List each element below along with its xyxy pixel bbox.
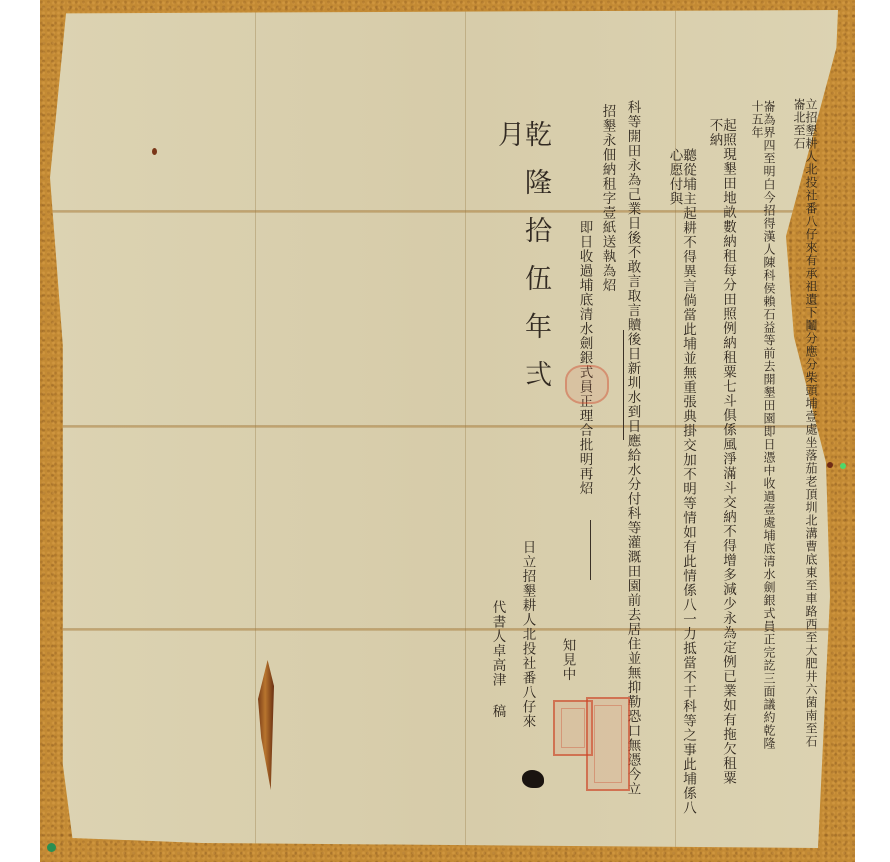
body-column-6: 招墾永佃納租字壹紙送執為炤: [600, 104, 614, 334]
body-column-4: 聽從埔主起耕不得異言倘當此埔並無重張典掛交加不明等情如有此情係八一力抵當不干科等…: [667, 148, 694, 828]
red-seal-center: [565, 365, 609, 404]
body-column-3: 起照現墾田地畝數納租每分田照例納租粟七斗俱係風淨滿斗交納不得增多減少永為定例已業…: [707, 118, 734, 788]
date-line: 乾隆拾伍年弍月: [495, 120, 549, 420]
stain-spot: [827, 462, 833, 468]
closing-stroke: [623, 330, 624, 440]
stain-spot: [152, 148, 157, 155]
fold-crease: [465, 10, 466, 848]
grantor-signature: 日立招墾耕人北投社番八仔來: [520, 540, 534, 770]
green-pushpin: [840, 463, 846, 469]
closing-stroke: [590, 520, 591, 580]
body-column-2: 崙為界四至明白今招得漢人陳科侯賴石益等前去開墾田園即日憑中收過壹處埔底清水劍銀式…: [751, 100, 775, 760]
witness-label: 知見中: [560, 638, 574, 708]
green-pushpin: [47, 843, 56, 852]
fold-crease: [255, 10, 256, 848]
fingerprint-mark: [522, 770, 544, 788]
scribe-signature: 代書人卓高津 稿: [490, 600, 504, 780]
red-seal-right: [586, 697, 630, 791]
image-canvas: 立招墾耕人北投社番八仔來有承祖遺下鬮分應分柴頭埔壹處坐落茄老頂圳北溝曹底東至車路…: [0, 0, 890, 862]
body-column-1: 立招墾耕人北投社番八仔來有承祖遺下鬮分應分柴頭埔壹處坐落茄老頂圳北溝曹底東至車路…: [793, 98, 817, 758]
